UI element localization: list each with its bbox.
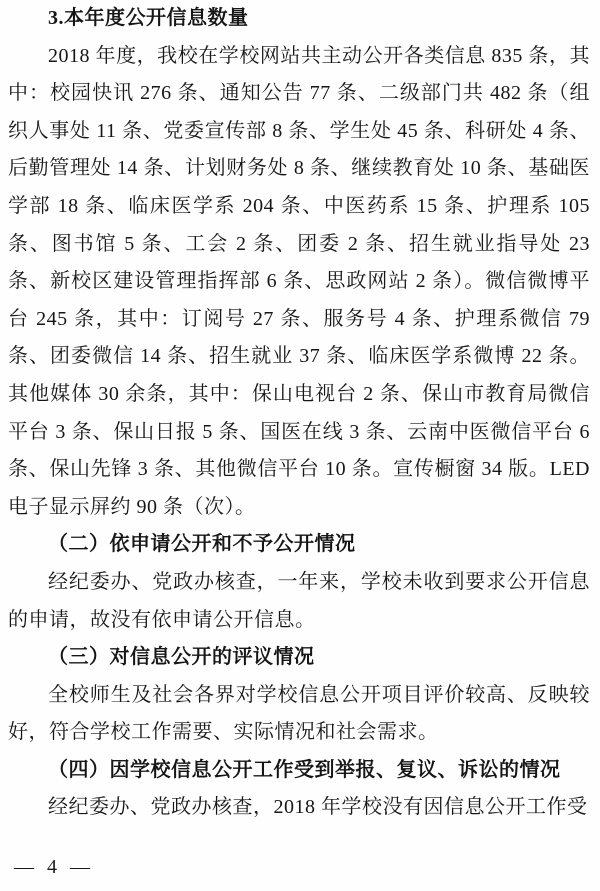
paragraph-disclosure-upon-request: 经纪委办、党政办核查，一年来，学校未收到要求公开信息的申请，故没有依申请公开信息… bbox=[8, 564, 590, 639]
section-heading-evaluation: （三）对信息公开的评议情况 bbox=[8, 639, 590, 677]
page-number: — 4 — bbox=[14, 856, 94, 879]
paragraph-evaluation: 全校师生及社会各界对学校信息公开项目评价较高、反映较好，符合学校工作需要、实际情… bbox=[8, 677, 590, 752]
paragraph-complaints-appeals-litigation: 经纪委办、党政办核查，2018 年学校没有因信息公开工作受 bbox=[8, 789, 590, 827]
section-heading-complaints-appeals-litigation: （四）因学校信息公开工作受到举报、复议、诉讼的情况 bbox=[8, 752, 590, 790]
section-heading-annual-disclosure-count: 3.本年度公开信息数量 bbox=[8, 0, 590, 38]
section-heading-disclosure-upon-request: （二）依申请公开和不予公开情况 bbox=[8, 526, 590, 564]
document-page: 3.本年度公开信息数量 2018 年度，我校在学校网站共主动公开各类信息 835… bbox=[0, 0, 600, 891]
document-body: 3.本年度公开信息数量 2018 年度，我校在学校网站共主动公开各类信息 835… bbox=[8, 0, 590, 827]
paragraph-disclosure-statistics: 2018 年度，我校在学校网站共主动公开各类信息 835 条，其中：校园快讯 2… bbox=[8, 38, 590, 527]
